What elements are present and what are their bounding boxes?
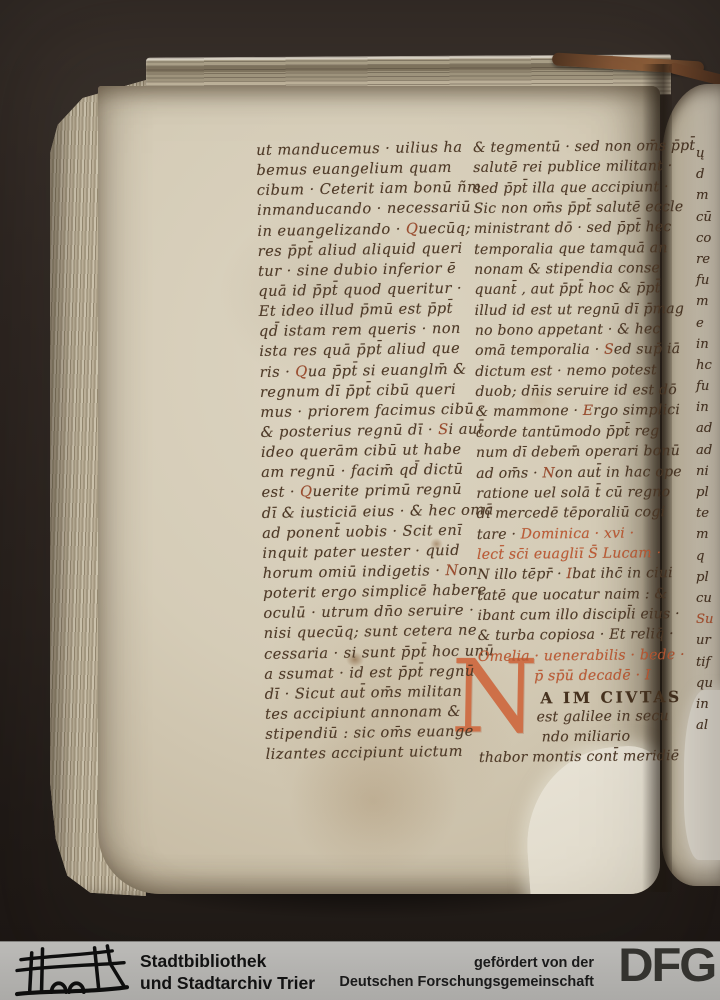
manuscript-text-line: dictum est · nemo potest [475,362,697,384]
manuscript-text-line: d [696,167,714,188]
manuscript-text-line: re [696,252,714,273]
manuscript-text-line: ministrant dō · sed p̄pt̄ hec [474,219,696,241]
manuscript-text-line: N illo tēpr̄ · Ibat ihc̄ in ciui [477,565,699,587]
manuscript-text-line: Omelia · uenerabilis · bede · [478,646,700,668]
left-text-column: ut manducemus · uilius habemus euangeliu… [256,138,498,766]
manuscript-text-line: temporalia que tamquā an [474,240,696,262]
manuscript-scan-photo: ųdmcūcorefumeinhcfuinadadnipltemqplcuSuu… [0,0,720,1000]
manuscript-text-line: ų [696,146,714,167]
manuscript-text-line: ndo miliario [479,728,701,750]
manuscript-text-line: est galilee in secu [478,707,700,729]
manuscript-text-line: p̄ sp̄ū decadē · I [478,667,700,689]
manuscript-text-line: num dī debem̄ operari bonū [476,443,698,465]
manuscript-text-line: salutē rei publice militant · [473,158,695,180]
manuscript-text-line: Sic non om̄s p̄pt̄ salutē eccle [474,199,696,221]
manuscript-text-line: cū [696,210,714,231]
manuscript-text-line: co [696,231,714,252]
manuscript-text-line: in [696,337,714,358]
manuscript-text-line: omā temporalia · Sed sup̄ iā [475,341,697,363]
library-name: Stadtbibliothek und Stadtarchiv Trier [140,951,315,994]
funding-credit: gefördert von der Deutschen Forschungsge… [339,954,594,992]
manuscript-text-line: hc [696,358,714,379]
manuscript-text-line: corde tantūmodo p̄pt̄ reg [476,423,698,445]
right-text-column: & tegmentū · sed non om̄s p̄pt̄salutē re… [473,138,701,771]
manuscript-text-line: m [696,294,714,315]
manuscript-text-line: fu [696,379,714,400]
funding-line2: Deutschen Forschungsgemeinschaft [339,973,594,992]
manuscript-text-line: lizantes accipiunt uictum [265,743,497,767]
dfg-logo: DFG [618,937,715,992]
manuscript-text-line: sed p̄pt̄ illa que accipiunt · [473,179,695,201]
manuscript-text-line: thabor montis cont̄ meridiē [479,748,701,770]
manuscript-text-line: ad om̄s · Non aut̄ in hac ope [476,463,698,485]
porta-nigra-logo-icon [12,944,132,999]
manuscript-text-line: ad [696,443,714,464]
manuscript-text-line: duob; dn̄is seruire id est dō [475,382,697,404]
manuscript-text-line: quant̄ , aut p̄pt̄ hoc & p̄pt̄ [474,280,696,302]
manuscript-text-line: pl [696,485,714,506]
manuscript-text-line: & turba copiosa · Et reliq̄ · [478,626,700,648]
manuscript-text-line: & mammone · Ergo simplici [476,402,698,424]
manuscript-text-line: in [696,400,714,421]
manuscript-text-line: ratione uel solā t̄ cū regno [476,484,698,506]
manuscript-text-line: ibant cum illo discipl̄i eius · [477,606,699,628]
manuscript-text-line: & tegmentū · sed non om̄s p̄pt̄ [473,138,695,160]
manuscript-text-line: lect̄ sc̄i euagliī S̄ Lucam · [477,545,699,567]
manuscript-text-line: tatē que uocatur naim : & [477,585,699,607]
manuscript-text-line: no bono appetant · & hec [475,321,697,343]
manuscript-text-line: A IM CIVTAS [478,687,700,709]
manuscript-text-line: e [696,316,714,337]
library-name-line1: Stadtbibliothek [140,951,315,973]
manuscript-text-line: nonam & stipendia conse [474,260,696,282]
library-name-line2: und Stadtarchiv Trier [140,973,315,995]
manuscript-text-line: m [696,188,714,209]
footer-bar: Stadtbibliothek und Stadtarchiv Trier ge… [0,941,720,1000]
manuscript-text-line: tare · Dominica · xvi · [477,524,699,546]
manuscript-text-line: ni [696,464,714,485]
funding-line1: gefördert von der [339,954,594,973]
manuscript-text-line: fu [696,273,714,294]
manuscript-text-line: ad [696,421,714,442]
manuscript-text-line: dī mercedē tēporaliū cogi [477,504,699,526]
manuscript-text-line: illud id est ut regnū dī p̄mag [475,301,697,323]
